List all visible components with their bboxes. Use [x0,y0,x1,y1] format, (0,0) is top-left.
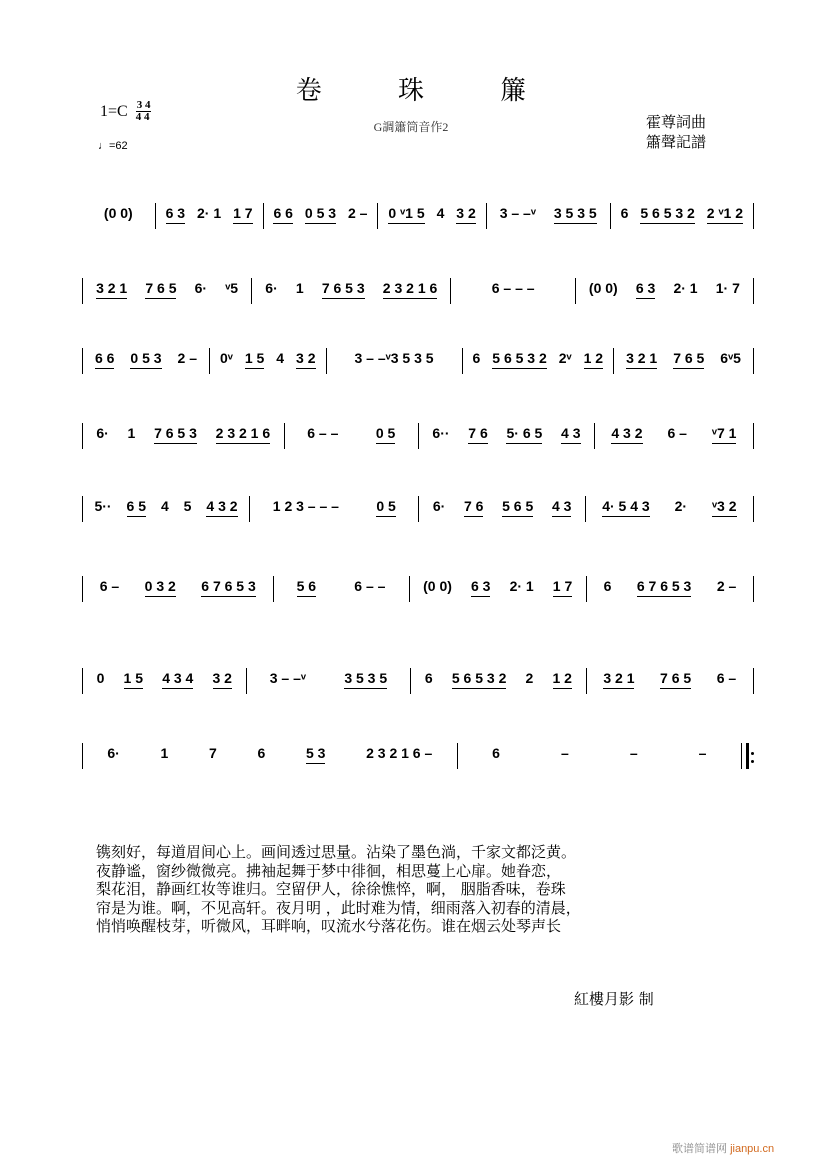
note-group: 6 3 [471,578,490,597]
measure: (0 0)6 32· 11 7 [410,578,586,597]
maker-credit: 紅樓月影 制 [574,988,654,1009]
note-group: 6· [195,280,207,296]
beam-underline [456,221,475,224]
beam-underline [306,761,325,764]
note-group: 3 – –ᵛ3 5 3 5 [355,350,434,366]
beam-underline [640,221,695,224]
beam-underline [561,441,580,444]
note-group: 2· 1 [197,205,221,221]
beam-underline [603,686,634,689]
note-group: 2· 1 [510,578,534,594]
note-group: 7 6 5 3 [154,425,197,444]
measure: 6 –0 3 26 7 6 5 3 [83,578,273,597]
note-group: 1 7 [233,205,252,224]
note-group: 1 7 [553,578,572,597]
note-group: 6 – [667,425,686,441]
note-group: 6 [492,745,500,761]
note-group: 4 3 [552,498,571,517]
beam-underline [611,441,642,444]
measure: 6·17 6 5 32 3 2 1 6 [83,425,284,444]
transcriber: 簫聲記譜 [646,132,706,152]
note-group: 5 6 5 [502,498,533,517]
note-group: 2 3 2 1 6 – [366,745,432,761]
note-group: 0 ᵛ1 5 [388,205,424,224]
note-group: 7 6 5 3 [322,280,365,299]
beam-underline [626,366,657,369]
note-group: 6 – [717,670,736,686]
measure: 3 – –ᵛ3 5 3 5 [247,670,411,689]
note-group: 5 6 [297,578,316,597]
beam-underline [245,366,264,369]
note-group: 2· 1 [673,280,697,296]
measure: 5 66 – – [274,578,409,597]
measure: 6 60 5 32 – [83,350,209,369]
measure: 3 – –ᵛ3 5 3 5 [327,350,462,366]
beam-underline [376,441,395,444]
note-group: 2 [526,670,534,686]
beam-underline [127,514,146,517]
barline [753,668,754,694]
measure: 3 – –ᵛ3 5 3 5 [487,205,610,224]
beam-underline [96,296,127,299]
barline [753,423,754,449]
measure: 66 7 6 5 32 – [587,578,753,597]
note-group: 3 5 3 5 [554,205,597,224]
note-group: 6·· [432,425,449,441]
beam-underline [154,441,197,444]
beam-underline [166,221,185,224]
measure: 6 32· 11 7 [156,205,263,224]
measure: 65 6 5 3 221 2 [411,670,585,689]
note-group: 6· [107,745,119,761]
note-group: 4 3 [561,425,580,444]
beam-underline [506,441,542,444]
note-group: 4 3 2 [206,498,237,517]
measure: 0 ᵛ1 543 2 [378,205,485,224]
note-group: 2 – [348,205,367,221]
measure: 1 2 3 – – –0 5 [250,498,418,517]
note-group: 1 [128,425,136,441]
note-group: 6 – – – [492,280,535,296]
beam-underline [584,366,603,369]
tempo-marking: ♩=62 [98,140,128,152]
measure: 4 3 26 –ᵛ7 1 [595,425,753,444]
note-group: – [561,745,569,761]
beam-underline [468,441,487,444]
note-group: ᵛ3 2 [712,498,737,517]
watermark: 歌谱简谱网 jianpu.cn [672,1140,774,1156]
note-group: (0 0) [104,205,133,221]
note-group: 6 [621,205,629,221]
beam-underline [145,296,176,299]
lyrics-line: 夜静谧，窗纱微微亮。拂袖起舞于梦中徘徊，相思蔓上心扉。她眷恋， [96,862,716,881]
beam-underline [273,221,292,224]
note-group: 3 5 3 5 [344,670,387,689]
beam-underline [452,686,507,689]
note-group: 5· 6 5 [506,425,542,444]
final-repeat-barline [746,743,749,769]
barline [753,203,754,229]
note-group: 2 – [178,350,197,366]
beam-underline [673,366,704,369]
note-group: 3 2 1 [603,670,634,689]
barline [753,496,754,522]
beam-underline [660,686,691,689]
note-group: 0 5 [376,425,395,444]
note-group: 6 3 [636,280,655,299]
beam-underline [553,686,572,689]
note-group: 0 5 [376,498,395,517]
note-group: ᵛ7 1 [712,425,737,444]
measure: 65 6 5 3 22ᵛ1 2 [463,350,614,369]
note-group: 2 – [717,578,736,594]
note-group: 3 – –ᵛ [270,670,306,686]
note-group: 7 6 5 [673,350,704,369]
note-group: 6 – [100,578,119,594]
beam-underline [216,441,271,444]
beam-underline [201,594,256,597]
note-group: 4 3 4 [162,670,193,689]
note-group: 6· [96,425,108,441]
note-group: 0 3 2 [145,578,176,597]
note-group: 3 2 1 [96,280,127,299]
note-group: 6 6 [273,205,292,224]
note-group: 1 2 [553,670,572,689]
note-group: 1 2 [584,350,603,369]
note-group: 7 [209,745,217,761]
measure: (0 0)6 32· 11· 7 [576,280,753,299]
note-group: 0 5 3 [130,350,161,369]
note-group: 6· [265,280,277,296]
note-group: 7 6 [464,498,483,517]
beam-underline [388,221,424,224]
beam-underline [636,296,655,299]
lyrics-line: 悄悄唤醒枝芽，听微风，耳畔响，叹流水兮落花伤。谁在烟云处琴声长 [96,917,716,936]
note-group: 0 5 3 [305,205,336,224]
measure: 6 – – – [451,280,574,296]
score-line: 3 2 17 6 56·ᵛ56·17 6 5 32 3 2 1 66 – – –… [82,280,754,314]
note-group: 4 3 2 [611,425,642,444]
measure: 6·7 65 6 54 3 [419,498,584,517]
beam-underline [712,441,737,444]
beam-underline [376,514,395,517]
note-group: 6 6 [95,350,114,369]
beam-underline [162,686,193,689]
note-group: 4 [437,205,445,221]
watermark-text: 歌谱简谱网 [672,1143,727,1155]
note-group: 2 ᵛ1 2 [707,205,743,224]
measure: 6 60 5 32 – [264,205,378,224]
lyrics-line: 镌刻好，每道眉间心上。画间透过思量。沾染了墨色淌，千家文都泛黄。 [96,843,716,862]
note-group: 5 3 [306,745,325,764]
beam-underline [296,366,315,369]
beam-underline [297,594,316,597]
note-group: 7 6 [468,425,487,444]
beam-underline [502,514,533,517]
beam-underline [707,221,743,224]
beam-underline [553,594,572,597]
beam-underline [344,686,387,689]
measure: 01 54 3 43 2 [83,670,246,689]
beam-underline [206,514,237,517]
measure: 6··7 65· 6 54 3 [419,425,594,444]
measure: 5··6 5454 3 2 [83,498,249,517]
note-group: 3 – –ᵛ [500,205,536,221]
note-group: (0 0) [589,280,618,296]
note-group: 5 6 5 3 2 [452,670,507,689]
note-group: 3 2 [213,670,232,689]
beam-underline [305,221,336,224]
measure: 3 2 17 6 56·ᵛ5 [83,280,251,299]
note-group: 6ᵛ5 [720,350,741,366]
note-group: 2· [675,498,687,514]
note-group: 6 [425,670,433,686]
note-group: 4 [161,498,169,514]
note-group: 1 5 [124,670,143,689]
score-line: 6 60 5 32 –0ᵛ1 543 23 – –ᵛ3 5 3 565 6 5 … [82,350,754,384]
beam-underline [383,296,438,299]
beam-underline [322,296,365,299]
note-group: 6 7 6 5 3 [637,578,692,597]
measure: (0 0) [82,205,155,221]
measure: 4· 5 4 32·ᵛ3 2 [586,498,753,517]
beam-underline [554,221,597,224]
score-line: (0 0)6 32· 11 76 60 5 32 –0 ᵛ1 543 23 – … [82,205,754,239]
note-group: 1 5 [245,350,264,369]
beam-underline [124,686,143,689]
note-group: 6 3 [166,205,185,224]
score-line: 6 –0 3 26 7 6 5 35 66 – –(0 0)6 32· 11 7… [82,578,754,612]
note-group: 5 6 5 3 2 [492,350,547,369]
note-group: 5 6 5 3 2 [640,205,695,224]
note-group: 5·· [94,498,111,514]
measure: 6·17 6 5 32 3 2 1 6 [252,280,450,299]
beam-underline [492,366,547,369]
beam-underline [637,594,692,597]
measure: 6 – –0 5 [285,425,419,444]
beam-underline [233,221,252,224]
score-line: 6·1765 32 3 2 1 6 –6––– [82,745,754,779]
note-group: 1· 7 [716,280,740,296]
beam-underline [213,686,232,689]
lyrics-line: 帘是为谁。啊，不见高轩。夜月明 ，此时难为情，细雨落入初春的清晨， [96,899,716,918]
note-group: (0 0) [423,578,452,594]
note-group: 6 5 [127,498,146,517]
lyrics: 镌刻好，每道眉间心上。画间透过思量。沾染了墨色淌，千家文都泛黄。 夜静谧，窗纱微… [96,843,716,936]
note-group: 4 [276,350,284,366]
score-line: 6·17 6 5 32 3 2 1 66 – –0 56··7 65· 6 54… [82,425,754,459]
barline [741,743,742,769]
beam-underline [552,514,571,517]
lyrics-line: 梨花泪，静画红妆等谁归。空留伊人，徐徐憔悴，啊， 胭脂香味，卷珠 [96,880,716,899]
measure: 6·1765 32 3 2 1 6 – [83,745,457,764]
beam-underline [130,366,161,369]
note-group: 5 [184,498,192,514]
note-group: 1 [296,280,304,296]
note-group: 6 [604,578,612,594]
beam-underline [95,366,114,369]
beam-underline [471,594,490,597]
measure: 3 2 17 6 56ᵛ5 [614,350,753,369]
repeat-dots [751,745,754,769]
measure: 3 2 17 6 56 – [587,670,753,689]
beam-underline [145,594,176,597]
note-group: ᵛ5 [225,280,238,296]
note-group: 3 2 [456,205,475,224]
note-group: 6· [433,498,445,514]
note-group: 4· 5 4 3 [602,498,649,517]
note-group: 6 – – [307,425,338,441]
beam-underline [602,514,649,517]
measure: 0ᵛ1 543 2 [210,350,326,369]
credits: 霍尊詞曲 簫聲記譜 [646,112,706,152]
barline [753,348,754,374]
beam-underline [712,514,737,517]
note-group: – [699,745,707,761]
measure: 6––– [458,745,741,761]
note-group: – [630,745,638,761]
watermark-site: jianpu.cn [730,1143,774,1155]
note-group: 6 7 6 5 3 [201,578,256,597]
barline [753,278,754,304]
note-group: 0ᵛ [220,350,233,366]
note-group: 3 2 1 [626,350,657,369]
score-line: 5··6 5454 3 21 2 3 – – –0 56·7 65 6 54 3… [82,498,754,532]
barline [753,576,754,602]
beam-underline [464,514,483,517]
note-group: 6 – – [354,578,385,594]
note-group: 0 [97,670,105,686]
measure: 65 6 5 3 22 ᵛ1 2 [611,205,753,224]
note-group: 3 2 [296,350,315,369]
note-group: 2ᵛ [559,350,572,366]
lyricist-composer: 霍尊詞曲 [646,112,706,132]
note-group: 1 [160,745,168,761]
note-group: 2 3 2 1 6 [216,425,271,444]
score-line: 01 54 3 43 23 – –ᵛ3 5 3 565 6 5 3 221 23… [82,670,754,704]
note-group: 7 6 5 [660,670,691,689]
note-group: 2 3 2 1 6 [383,280,438,299]
note-group: 7 6 5 [145,280,176,299]
note-group: 1 2 3 – – – [273,498,339,514]
note-group: 6 [473,350,481,366]
note-group: 6 [257,745,265,761]
